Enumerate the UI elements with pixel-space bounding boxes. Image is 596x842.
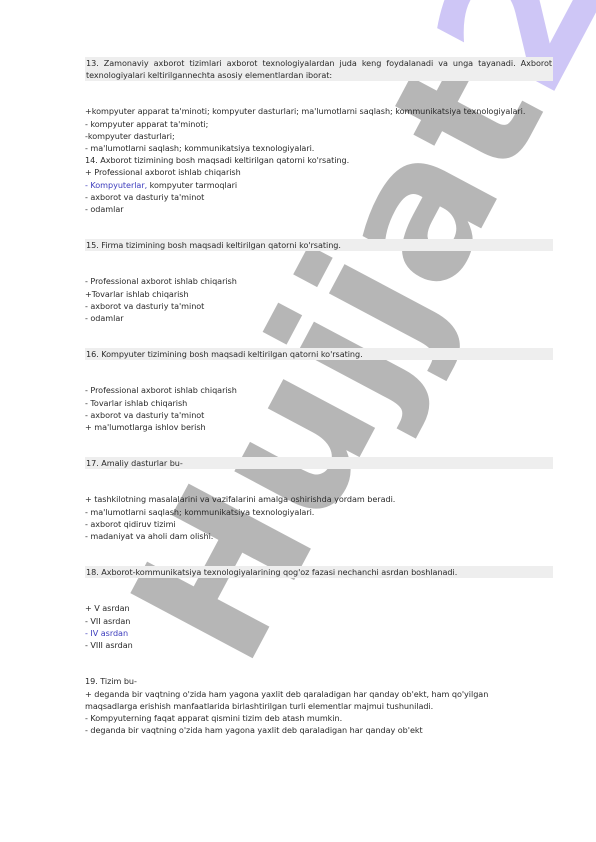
answer: + Professional axborot ishlab chiqarish (85, 166, 553, 178)
answer: - Tovarlar ishlab chiqarish (85, 397, 553, 409)
answer: - IV asrdan (85, 627, 553, 639)
question-14: 14. Axborot tizimining bosh maqsadi kelt… (85, 154, 553, 166)
answer: - axborot qidiruv tizimi (85, 518, 553, 530)
quiz-content: 13. Zamonaviy axborot tizimlari axborot … (85, 57, 553, 736)
answer: - deganda bir vaqtning o'zida ham yagona… (85, 724, 553, 736)
answer: - odamlar (85, 203, 553, 215)
highlighted-text: IV asrdan (90, 628, 128, 638)
answer: - Professional axborot ishlab chiqarish (85, 275, 553, 287)
answer: - axborot va dasturiy ta'minot (85, 300, 553, 312)
answer: - ma'lumotlarni saqlash; kommunikatsiya … (85, 142, 553, 154)
answer: - madaniyat va aholi dam olishi. (85, 530, 553, 542)
answer: + deganda bir vaqtning o'zida ham yagona… (85, 688, 525, 712)
answer: - odamlar (85, 312, 553, 324)
answer: - VIII asrdan (85, 639, 553, 651)
answer: + ma'lumotlarga ishlov berish (85, 421, 553, 433)
answer: - Kompyuterlar, kompyuter tarmoqlari (85, 179, 553, 191)
answer: - Kompyuterning faqat apparat qismini ti… (85, 712, 553, 724)
document-page: Hujjat 24 13. Zamonaviy axborot tizimlar… (0, 0, 596, 842)
answer-rest: kompyuter tarmoqlari (147, 180, 237, 190)
answer: -kompyuter dasturlari; (85, 130, 553, 142)
question-15: 15. Firma tizimining bosh maqsadi keltir… (85, 239, 553, 251)
question-16: 16. Kompyuter tizimining bosh maqsadi ke… (85, 348, 553, 360)
answer: - axborot va dasturiy ta'minot (85, 409, 553, 421)
highlighted-text: Kompyuterlar, (90, 180, 147, 190)
answer: + tashkilotning masalalarini va vazifala… (85, 493, 553, 505)
answer: - Professional axborot ishlab chiqarish (85, 384, 553, 396)
answer: - axborot va dasturiy ta'minot (85, 191, 553, 203)
answer: - kompyuter apparat ta'minoti; (85, 118, 553, 130)
answer: - VII asrdan (85, 615, 553, 627)
question-19: 19. Tizim bu- (85, 675, 553, 687)
question-13: 13. Zamonaviy axborot tizimlari axborot … (85, 57, 553, 81)
answer: - ma'lumotlarni saqlash; kommunikatsiya … (85, 506, 553, 518)
answer: + V asrdan (85, 602, 553, 614)
question-18: 18. Axborot-kommunikatsiya texnologiyala… (85, 566, 553, 578)
answer: +kompyuter apparat ta'minoti; kompyuter … (85, 105, 553, 117)
question-17: 17. Amaliy dasturlar bu- (85, 457, 553, 469)
answer: +Tovarlar ishlab chiqarish (85, 288, 553, 300)
